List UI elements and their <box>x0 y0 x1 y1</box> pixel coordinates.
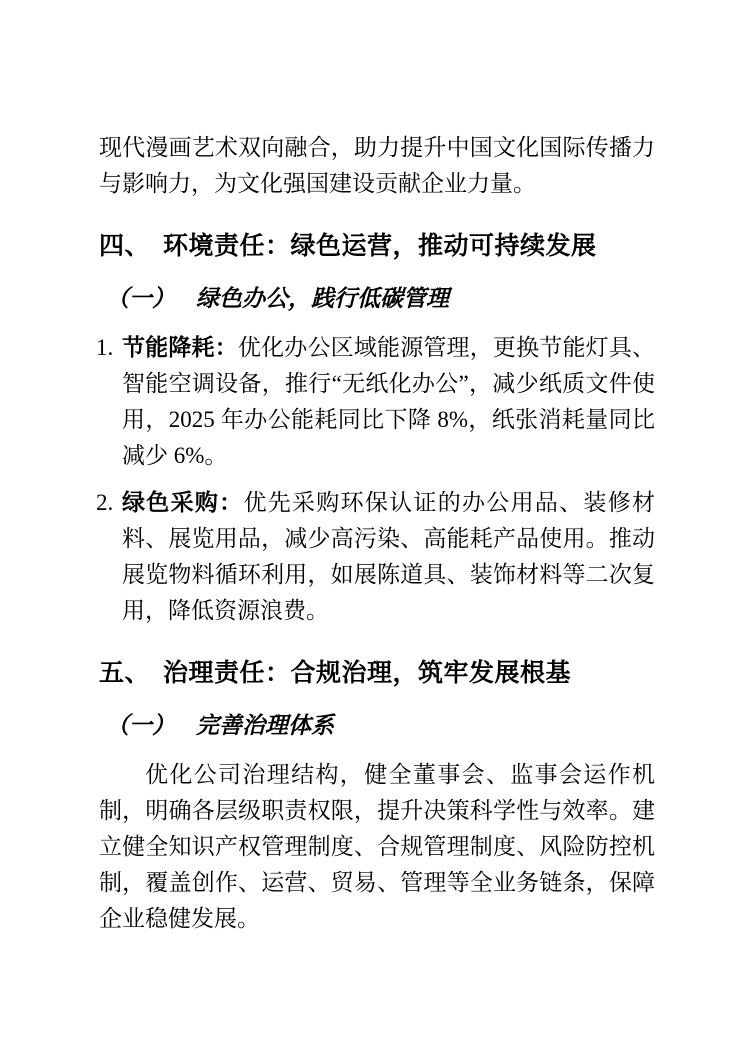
subsection-green-office-heading: （一）绿色办公，践行低碳管理 <box>106 281 655 317</box>
section-gov-heading: 五、治理责任：合规治理，筑牢发展根基 <box>99 655 655 691</box>
subsection-green-office-number: （一） <box>106 281 175 317</box>
section-gov-heading-title: 治理责任：合规治理，筑牢发展根基 <box>163 659 571 687</box>
section-environment: 四、环境责任：绿色运营，推动可持续发展 （一）绿色办公，践行低碳管理 1.节能降… <box>99 228 655 629</box>
subsection-governance-system-heading: （一）完善治理体系 <box>106 708 655 744</box>
list-item-green-procurement: 2.绿色采购：优先采购环保认证的办公用品、装修材料、展览用品，减少高污染、高能耗… <box>99 485 655 629</box>
list-item-green-procurement-marker: 2. <box>96 485 113 521</box>
governance-paragraph: 优化公司治理结构，健全董事会、监事会运作机制，明确各层级职责权限，提升决策科学性… <box>99 757 655 937</box>
green-office-list: 1.节能降耗：优化办公区域能源管理，更换节能灯具、智能空调设备，推行“无纸化办公… <box>99 330 655 629</box>
section-env-heading: 四、环境责任：绿色运营，推动可持续发展 <box>99 228 655 264</box>
list-item-green-procurement-term: 绿色采购： <box>122 490 243 515</box>
list-item-energy-saving-marker: 1. <box>96 330 113 366</box>
section-governance: 五、治理责任：合规治理，筑牢发展根基 （一）完善治理体系 优化公司治理结构，健全… <box>99 655 655 937</box>
section-env-heading-title: 环境责任：绿色运营，推动可持续发展 <box>163 232 597 260</box>
subsection-governance-system-number: （一） <box>106 708 175 744</box>
section-gov-heading-number: 五、 <box>99 655 150 691</box>
list-item-energy-saving: 1.节能降耗：优化办公区域能源管理，更换节能灯具、智能空调设备，推行“无纸化办公… <box>99 330 655 474</box>
list-item-energy-saving-term: 节能降耗： <box>122 335 238 360</box>
intro-paragraph: 现代漫画艺术双向融合，助力提升中国文化国际传播力与影响力，为文化强国建设贡献企业… <box>99 130 655 202</box>
section-env-heading-number: 四、 <box>99 228 150 264</box>
subsection-green-office-title: 绿色办公，践行低碳管理 <box>196 286 449 311</box>
subsection-governance-system-title: 完善治理体系 <box>196 713 334 738</box>
document-page: 现代漫画艺术双向融合，助力提升中国文化国际传播力与影响力，为文化强国建设贡献企业… <box>0 0 750 1060</box>
